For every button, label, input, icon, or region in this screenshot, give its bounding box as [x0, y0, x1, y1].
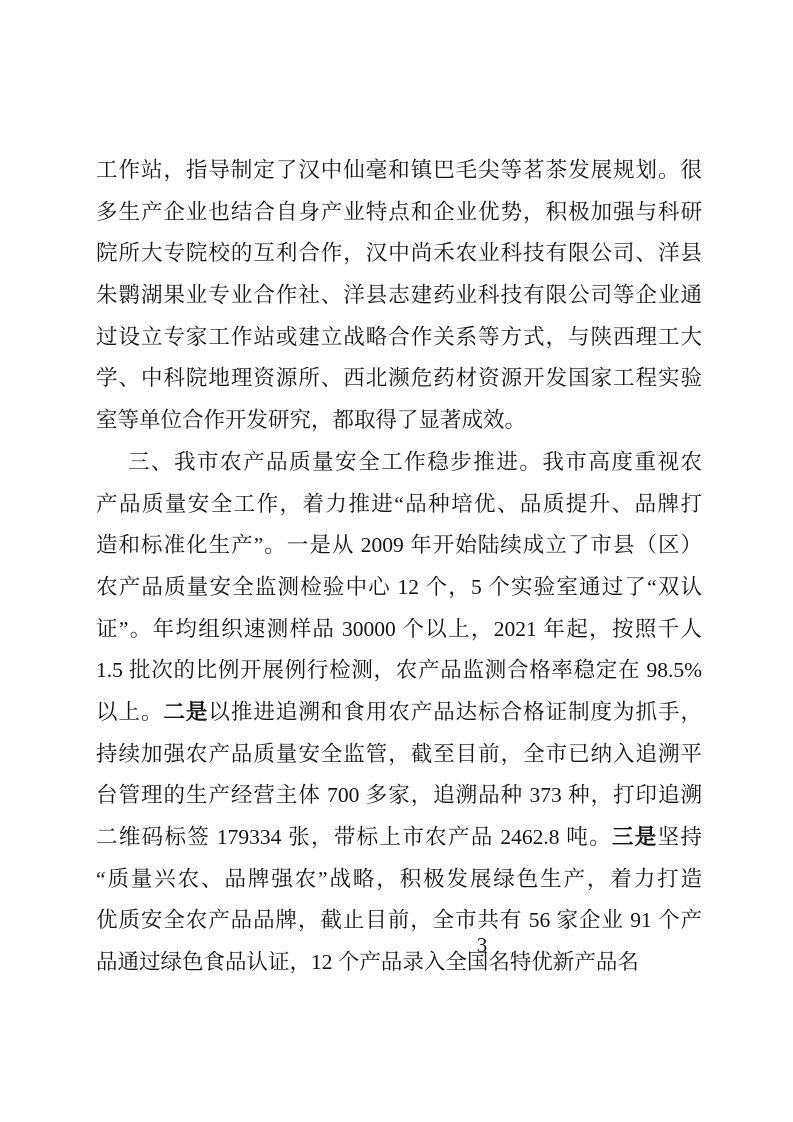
text-line: 多生产企业也结合自身产业特点和企业优势，积极加强与科研: [96, 192, 702, 234]
text-segment: 以推进追溯和食用农产品达标合格证制度为抓手，: [208, 700, 702, 724]
text-segment: 室等单位合作开发研究，都取得了显著成效。: [96, 408, 526, 432]
text-segment: 院所大专院校的互利合作，汉中尚禾农业科技有限公司、洋县: [96, 241, 702, 265]
text-line: 农产品质量安全监测检验中心 12 个，5 个实验室通过了“双认: [96, 567, 702, 609]
text-line: 室等单位合作开发研究，都取得了显著成效。: [96, 400, 702, 442]
text-segment: 品通过绿色食品认证，12 个产品录入全国名特优新产品名: [96, 950, 639, 974]
text-line: 优质安全农产品品牌，截止目前，全市共有 56 家企业 91 个产: [96, 900, 702, 942]
emphasis-text: 二是: [163, 700, 208, 724]
text-segment: 造和标准化生产”。一是从 2009 年开始陆续成立了市县（区）: [96, 533, 702, 557]
text-line: 产品质量安全工作，着力推进“品种培优、品质提升、品牌打: [96, 484, 702, 526]
text-line: “质量兴农、品牌强农”战略，积极发展绿色生产，着力打造: [96, 859, 702, 901]
text-segment: 过设立专家工作站或建立战略合作关系等方式，与陕西理工大: [96, 325, 702, 349]
text-line: 造和标准化生产”。一是从 2009 年开始陆续成立了市县（区）: [96, 525, 702, 567]
text-segment: 优质安全农产品品牌，截止目前，全市共有 56 家企业 91 个产: [96, 908, 702, 932]
text-segment: 产品质量安全工作，着力推进“品种培优、品质提升、品牌打: [96, 492, 702, 516]
text-segment: 农产品质量安全监测检验中心 12 个，5 个实验室通过了“双认: [96, 575, 702, 599]
text-segment: 持续加强农产品质量安全监管，截至目前，全市已纳入追溯平: [96, 742, 702, 766]
text-line: 工作站，指导制定了汉中仙毫和镇巴毛尖等茗茶发展规划。很: [96, 150, 702, 192]
text-line: 朱鹮湖果业专业合作社、洋县志建药业科技有限公司等企业通: [96, 275, 702, 317]
text-line: 1.5 批次的比例开展例行检测，农产品监测合格率稳定在 98.5%: [96, 650, 702, 692]
text-line: 学、中科院地理资源所、西北濒危药材资源开发国家工程实验: [96, 358, 702, 400]
text-segment: 工作站，指导制定了汉中仙毫和镇巴毛尖等茗茶发展规划。很: [96, 158, 702, 182]
text-line: 三、我市农产品质量安全工作稳步推进。我市高度重视农: [96, 442, 702, 484]
text-segment: 二维码标签 179334 张，带标上市农产品 2462.8 吨。: [96, 825, 612, 849]
text-segment: 台管理的生产经营主体 700 多家，追溯品种 373 种，打印追溯: [96, 783, 702, 807]
text-line: 台管理的生产经营主体 700 多家，追溯品种 373 种，打印追溯: [96, 775, 702, 817]
text-segment: 多生产企业也结合自身产业特点和企业优势，积极加强与科研: [96, 200, 702, 224]
text-segment: “质量兴农、品牌强农”战略，积极发展绿色生产，着力打造: [96, 867, 702, 891]
text-line: 持续加强农产品质量安全监管，截至目前，全市已纳入追溯平: [96, 734, 702, 776]
text-line: 品通过绿色食品认证，12 个产品录入全国名特优新产品名: [96, 942, 702, 984]
text-segment: 朱鹮湖果业专业合作社、洋县志建药业科技有限公司等企业通: [96, 283, 702, 307]
text-segment: 以上。: [96, 700, 163, 724]
text-line: 证”。年均组织速测样品 30000 个以上，2021 年起，按照千人: [96, 609, 702, 651]
text-line: 以上。二是以推进追溯和食用农产品达标合格证制度为抓手，: [96, 692, 702, 734]
page-number: 3: [471, 931, 493, 959]
text-segment: 坚持: [658, 825, 702, 849]
text-segment: 学、中科院地理资源所、西北濒危药材资源开发国家工程实验: [96, 366, 702, 390]
text-segment: 证”。年均组织速测样品 30000 个以上，2021 年起，按照千人: [96, 617, 702, 641]
text-line: 院所大专院校的互利合作，汉中尚禾农业科技有限公司、洋县: [96, 233, 702, 275]
emphasis-text: 三是: [612, 825, 658, 849]
text-segment: 三、我市农产品质量安全工作稳步推进。我市高度重视农: [128, 450, 702, 474]
document-page: 工作站，指导制定了汉中仙毫和镇巴毛尖等茗茶发展规划。很多生产企业也结合自身产业特…: [0, 0, 793, 1122]
text-line: 过设立专家工作站或建立战略合作关系等方式，与陕西理工大: [96, 317, 702, 359]
text-segment: 1.5 批次的比例开展例行检测，农产品监测合格率稳定在 98.5%: [96, 658, 702, 682]
document-body: 工作站，指导制定了汉中仙毫和镇巴毛尖等茗茶发展规划。很多生产企业也结合自身产业特…: [96, 150, 702, 984]
text-line: 二维码标签 179334 张，带标上市农产品 2462.8 吨。三是坚持: [96, 817, 702, 859]
